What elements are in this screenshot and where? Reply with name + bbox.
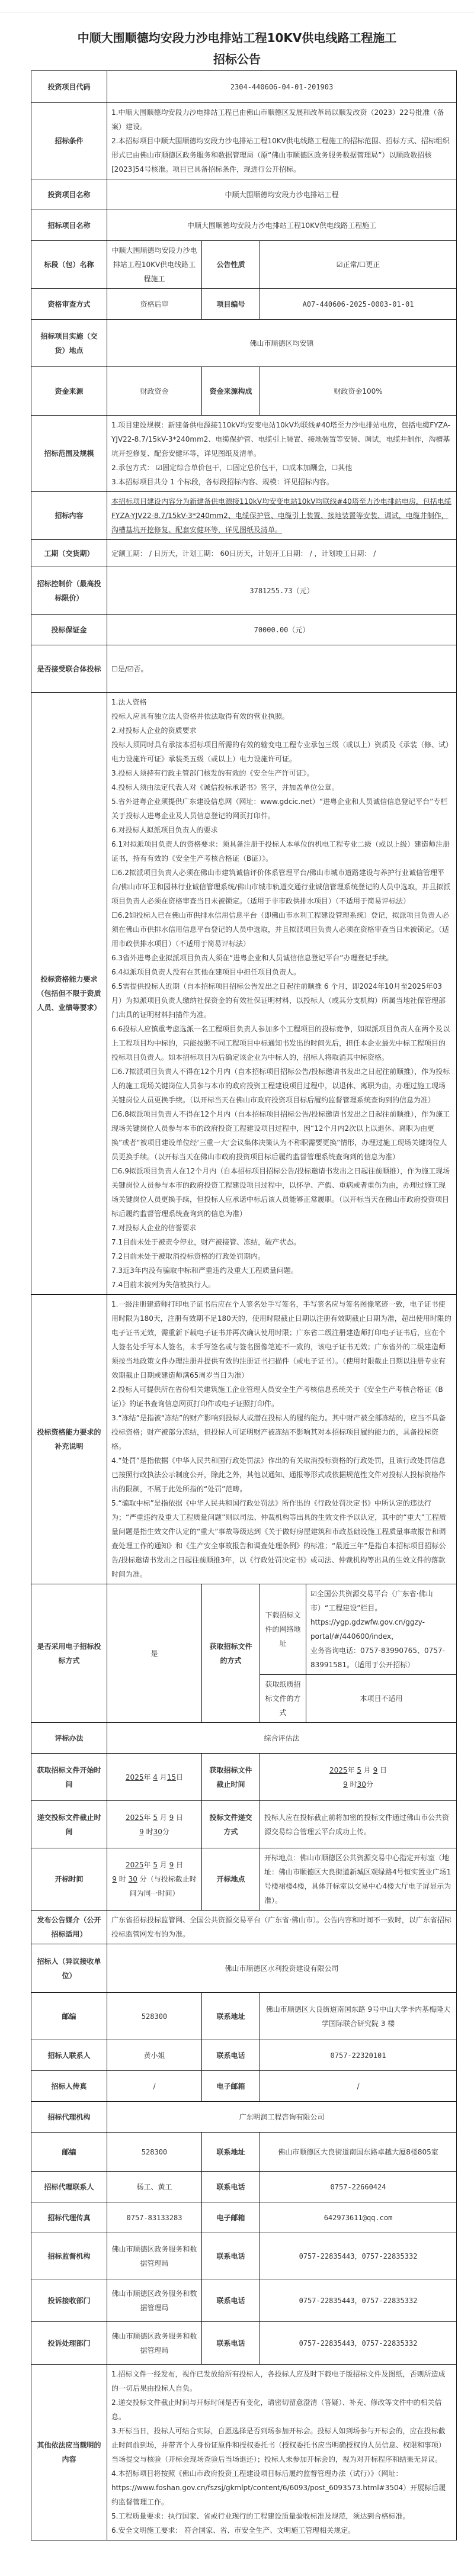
qual-item: 3.投标人须持有行政主管部门核发的有效的《安全生产许可证》。	[111, 766, 452, 780]
row-agency: 招标代理机构 广东明润工程咨询有限公司	[31, 2102, 457, 2133]
value-project-number: A07-440606-2025-0003-01-01	[260, 289, 457, 320]
row-deposit: 投标保证金 70000.00（元）	[31, 615, 457, 645]
qual-item: 1.法人资格	[111, 695, 452, 709]
value-funding: 财政资金	[107, 367, 202, 416]
value-tenderer: 佛山市顺德区水利投资建设有限公司	[107, 1944, 457, 1993]
notice-title: 中顺大围顺德均安段力沙电排站工程10KV供电线路工程施工	[0, 30, 474, 46]
value-download: ☑全国公共资源交易平台（广东省·佛山市）“工程建设”栏目。 https://yg…	[306, 1584, 457, 1675]
row-tenderer-fax: 招标人传真 / 电子邮箱 /	[31, 2071, 457, 2102]
supp-item: 2.投标人可提供所在省份相关建筑施工企业管理人员安全生产考核信息系统关于《安全生…	[111, 1382, 452, 1411]
value-invest-name: 中顺大围顺德均安段力沙电排站工程	[107, 179, 457, 210]
label-location: 招标项目实施（交货）地点	[31, 320, 107, 367]
value-opening-place: 开标地点：佛山市顺德区公共资源交易中心指定开标室（地址：佛山市顺德区大良街道新城…	[260, 1848, 457, 1911]
row-media: 发布公告媒介（公开招标适用） 广东省招标投标监管网、全国公共资源交易平台（广东省…	[31, 1911, 457, 1944]
label-complaint-proc: 投诉处理部门	[31, 2322, 107, 2365]
qual-item: 2.对投标人企业的资质要求	[111, 723, 452, 738]
value-agency-phone: 0757-22660424	[260, 2172, 457, 2202]
row-supervisor: 招标监督机构 佛山市顺德区政务服务和数据管理局 联系电话 0757-228354…	[31, 2233, 457, 2279]
label-other: 其他依法应当载明的内容	[31, 2365, 107, 2540]
value-agency: 广东明润工程咨询有限公司	[107, 2102, 457, 2133]
qual-item: 6.4拟派项目负责人没有在其他在建项目中担任项目负责人。	[111, 965, 452, 979]
row-electronic: 是否采用电子招标投标方式 是 获取招标文件的方式 下载招标文件的网络地址 ☑全国…	[31, 1584, 457, 1675]
value-paper: 本项目不适用	[306, 1675, 457, 1723]
row-review: 资格审查方式 资格后审 项目编号 A07-440606-2025-0003-01…	[31, 289, 457, 320]
row-complaint-recv: 投诉接收部门 佛山市顺德区政务服务和数据管理局 联系电话 0757-228354…	[31, 2279, 457, 2322]
row-project-code: 投资项目代码 2304-440606-04-01-201903	[31, 71, 457, 103]
download-url-link[interactable]: https://ygp.gdzwfw.gov.cn/ggzy-portal/#/…	[310, 1615, 452, 1644]
opening-month: 5	[153, 1861, 158, 1869]
label-review: 资格审查方式	[31, 289, 107, 320]
submit-year: 2025	[126, 1813, 144, 1822]
label-supplement: 投标资格能力要求的补充说明	[31, 1295, 107, 1584]
row-funding: 资金来源 财政资金 资金来源构成 财政资金100%	[31, 367, 457, 416]
scope-p2: 2.承包方式： ☑固定综合单价包干，☐固定总价包干，☐成本加酬金，☐其他	[111, 461, 452, 475]
value-tender-name: 中顺大围顺德均安段力沙电排站工程10KV供电线路工程施工	[107, 210, 457, 241]
value-submit: 2025年 5 月 9 日9 时30分	[107, 1801, 202, 1848]
download-platform: ☑全国公共资源交易平台（广东省·佛山市）“工程建设”栏目。	[310, 1587, 452, 1615]
qual-item: 7.1目前未处于被责令停业，财产被接管、冻结，破产状态。	[111, 1235, 452, 1249]
value-tenderer-post: 528300	[107, 1993, 202, 2040]
qual-item: 7.4目前未被列为失信被执行人。	[111, 1278, 452, 1292]
label-media: 发布公告媒介（公开招标适用）	[31, 1911, 107, 1944]
row-conditions: 招标条件 1.中顺大围顺德均安段力沙电排站工程已由佛山市顺德区发展和改革局以顺发…	[31, 103, 457, 179]
qual-item: 投标人须同时具有承接本招标项目所需的有效的输变电工程专业承包三级（或以上）资质及…	[111, 738, 452, 766]
label-agency: 招标代理机构	[31, 2102, 107, 2133]
opening-day: 9	[169, 1861, 174, 1869]
label-project-code: 投资项目代码	[31, 71, 107, 103]
value-supervisor-phone: 0757-22835443，0757-22835332	[260, 2233, 457, 2279]
label-tenderer: 招标人（异议接收单位）	[31, 1944, 107, 1993]
submit-min: 30	[153, 1828, 162, 1836]
opening-year: 2025	[126, 1861, 144, 1869]
value-complaint-proc-phone: 0757-22835443，0757-22835332	[260, 2322, 457, 2365]
value-review: 资格后审	[107, 289, 202, 320]
label-agency-post: 邮编	[31, 2133, 107, 2172]
value-submit-method: 投标人应在投标截止前将加密的投标文件通过佛山市公共资源交易综合管理云平台成功上传…	[260, 1801, 457, 1848]
row-tender-name: 招标项目名称 中顺大围顺德均安段力沙电排站工程10KV供电线路工程施工	[31, 210, 457, 241]
conditions-p2: 2.本招标项目中顺大围顺德均安段力沙电排站工程10KV供电线路工程施工的招标范围…	[111, 134, 452, 176]
value-tenderer-email: /	[260, 2071, 457, 2102]
label-conditions: 招标条件	[31, 103, 107, 179]
label-notice-type: 公告性质	[202, 241, 260, 289]
value-other: 1.招标文件一经发布，视作已发放给所有投标人，各投标人应及时下载电子版招标文件及…	[107, 2365, 457, 2540]
doc-end-min: 30	[357, 1780, 366, 1789]
supp-item: 3.“冻结”是指被“冻结”的财产影响到投标人或潜在投标人的履约能力。其中财产被全…	[111, 1411, 452, 1453]
value-tenderer-address: 佛山市顺德区大良街道南国东路 9号中山大学卡内基梅隆大学国际联合研究院 3 楼	[260, 1993, 457, 2040]
value-supervisor: 佛山市顺德区政务服务和数据管理局	[107, 2233, 202, 2279]
value-complaint-proc: 佛山市顺德区政务服务和数据管理局	[107, 2322, 202, 2365]
opening-note: （与投标截止时间为同一时间）	[129, 1875, 196, 1898]
label-electronic: 是否采用电子招标投标方式	[31, 1584, 107, 1723]
other-item: 1.招标文件一经发布，视作已发放给所有投标人，各投标人应及时下载电子版招标文件及…	[111, 2367, 452, 2395]
label-tender-name: 招标项目名称	[31, 210, 107, 241]
label-deposit: 投标保证金	[31, 615, 107, 645]
submit-day: 9	[169, 1813, 174, 1822]
label-tenderer-email: 电子邮箱	[202, 2071, 260, 2102]
row-eval: 评标办法 综合评估法	[31, 1723, 457, 1754]
qual-item: 6.3省外进粤企业拟派项目负责人须在“进粤企业和人员诚信信息登记平台”办理登记手…	[111, 951, 452, 965]
value-qualification: 1.法人资格 投标人应具有独立法人资格并依法取得有效的营业执照。 2.对投标人企…	[107, 693, 457, 1295]
opening-min: 30	[129, 1875, 137, 1883]
label-funding: 资金来源	[31, 367, 107, 416]
top-divider	[0, 12, 474, 12]
qual-item: ☐6.7拟派项目负责人不得在12个月内（自本招标项目招标公告/投标邀请书发出之日…	[111, 1065, 452, 1107]
label-consortium: 是否接受联合体投标	[31, 645, 107, 693]
value-consortium: ☐是/☑否。	[107, 645, 457, 693]
label-content: 招标内容	[31, 492, 107, 540]
row-section: 标段（包）名称 中顺大围顺德均安段力沙电排站工程10KV供电线路工程施工 公告性…	[31, 241, 457, 289]
notice-subtitle: 招标公告	[0, 52, 474, 67]
row-tenderer-post: 邮编 528300 联系地址 佛山市顺德区大良街道南国东路 9号中山大学卡内基梅…	[31, 1993, 457, 2040]
label-opening-place: 开标地点	[202, 1848, 260, 1911]
qual-item: 投标人应具有独立法人资格并依法取得有效的营业执照。	[111, 709, 452, 723]
label-period: 工期（交货期）	[31, 540, 107, 567]
label-section: 标段（包）名称	[31, 241, 107, 289]
label-invest-name: 投资项目名称	[31, 179, 107, 210]
label-project-number: 项目编号	[202, 289, 260, 320]
value-opening: 2025年 5 月 9 日9 时 30 分（与投标截止时间为同一时间）	[107, 1848, 202, 1911]
row-consortium: 是否接受联合体投标 ☐是/☑否。	[31, 645, 457, 693]
value-tenderer-contact: 黄小姐	[107, 2040, 202, 2071]
doc-start-month: 4	[153, 1773, 158, 1781]
conditions-p1: 1.中顺大围顺德均安段力沙电排站工程已由佛山市顺德区发展和改革局以顺发改资（20…	[111, 105, 452, 134]
value-tenderer-fax: /	[107, 2071, 202, 2102]
value-notice-type: ☑正常/☐更正	[260, 241, 457, 289]
other-item: 6.安全文明施工要求： 符合国家、省、市安全生产、文明施工管理相关规定。	[111, 2523, 452, 2538]
qual-item: 6.1对拟派项目负责人的资格要求：须具备注册于投标人本单位的机电工程专业二级（或…	[111, 837, 452, 866]
label-download-url: 下载招标文件的网络地址	[260, 1584, 306, 1675]
label-complaint-recv-phone: 联系电话	[202, 2279, 260, 2322]
row-other: 其他依法应当载明的内容 1.招标文件一经发布，视作已发放给所有投标人，各投标人应…	[31, 2365, 457, 2540]
value-agency-post: 528300	[107, 2133, 202, 2172]
doc-start-day: 15	[167, 1773, 176, 1781]
row-agency-post: 邮编 528300 联系地址 佛山市顺德区大良街道南国东路卓越大厦8楼805室	[31, 2133, 457, 2172]
row-agency-contact: 招标代理联系人 杨工、黄工 联系电话 0757-22660424	[31, 2172, 457, 2202]
value-location: 佛山市顺德区均安镇	[107, 320, 457, 367]
supp-item: 4.“处罚”是指依据《中华人民共和国行政处罚法》作出的有关取消投标资格的行政处罚…	[111, 1453, 452, 1496]
other-item: 2.递交投标文件截止时间与开标时间是否有变化，请密切留意澄清（答疑）、补充、修改…	[111, 2395, 452, 2424]
row-opening: 开标时间 2025年 5 月 9 日9 时 30 分（与投标截止时间为同一时间）…	[31, 1848, 457, 1911]
value-scope: 1.项目建设规模：新建备供电源接110kV均安变电站10kV均联线#40塔至力沙…	[107, 416, 457, 492]
row-supplement: 投标资格能力要求的补充说明 1.一级注册建造师打印电子证书后应在个人签名处手写签…	[31, 1295, 457, 1584]
qual-item: ☐6.2拟派项目负责人必须在佛山市建筑诚信评价体系管理平台/佛山市城市道路建设与…	[111, 866, 452, 908]
supp-item: 5.“骗取中标”是指依据《中华人民共和国行政处罚法》所作出的《行政处罚决定书》中…	[111, 1496, 452, 1581]
doc-end-year: 2025	[329, 1766, 348, 1774]
label-doc-end: 获取招标文件截止时间	[202, 1754, 260, 1801]
label-submit: 递交投标文件截止时间	[31, 1801, 107, 1848]
label-qualification: 投标资格能力要求（包括但不限于资质人员、业绩等要求）	[31, 693, 107, 1295]
qual-item: 7.对投标人企业的信誉要求	[111, 1221, 452, 1235]
qual-item: 7.3近3年内没有骗取中标和严重违约及重大工程质量问题。	[111, 1263, 452, 1278]
bottom-spacer	[0, 2540, 474, 2576]
label-eval: 评标办法	[31, 1723, 107, 1754]
label-agency-contact: 招标代理联系人	[31, 2172, 107, 2202]
row-location: 招标项目实施（交货）地点 佛山市顺德区均安镇	[31, 320, 457, 367]
submit-hour: 9	[139, 1828, 144, 1836]
value-agency-fax: 0757-83133283	[107, 2202, 202, 2233]
value-project-code: 2304-440606-04-01-201903	[107, 71, 457, 103]
doc-end-month: 5	[357, 1766, 361, 1774]
value-content: 本招标项目建设内容分为新建备供电源接110kV均安变电站10kV均联线#40塔至…	[107, 492, 457, 540]
row-submit: 递交投标文件截止时间 2025年 5 月 9 日9 时30分 投标文件递交方式 …	[31, 1801, 457, 1848]
value-conditions: 1.中顺大围顺德均安段力沙电排站工程已由佛山市顺德区发展和改革局以顺发改资（20…	[107, 103, 457, 179]
value-doc-end: 2025年 5 月 9 日9 时30分	[260, 1754, 457, 1801]
qual-item: ☐6.8拟派项目负责人不得在12个月内（自本招标项目招标公告/投标邀请书发出之日…	[111, 1107, 452, 1164]
value-supplement: 1.一级注册建造师打印电子证书后应在个人签名处手写签名，手写签名应与签名图像笔迹…	[107, 1295, 457, 1584]
label-doc-start: 获取招标文件开始时间	[31, 1754, 107, 1801]
doc-start-year: 2025	[126, 1773, 144, 1781]
row-invest-name: 投资项目名称 中顺大围顺德均安段力沙电排站工程	[31, 179, 457, 210]
label-agency-fax: 招标代理传真	[31, 2202, 107, 2233]
qual-item: 4.投标人须由法定代表人对《诚信投标承诺书》签字，并加盖单位公章。	[111, 780, 452, 795]
download-phone: 业务咨询电话：0757-83990765、0757-83991581。（适用于公…	[310, 1644, 452, 1672]
qual-item: 6.对投标人拟派项目负责人的要求	[111, 823, 452, 837]
label-supervisor: 招标监督机构	[31, 2233, 107, 2279]
label-tenderer-post: 邮编	[31, 1993, 107, 2040]
row-doc-time: 获取招标文件开始时间 2025年 4 月15日 获取招标文件截止时间 2025年…	[31, 1754, 457, 1801]
label-tenderer-phone: 联系电话	[202, 2040, 260, 2071]
label-agency-email: 电子邮箱	[202, 2202, 260, 2233]
scope-p1: 1.项目建设规模：新建备供电源接110kV均安变电站10kV均联线#40塔至力沙…	[111, 418, 452, 461]
qual-item: ☐6.2如投标人已在佛山市供排水信用信息平台（即佛山市水利工程建设管理系统）登记…	[111, 908, 452, 951]
label-supervisor-phone: 联系电话	[202, 2233, 260, 2279]
value-price: 3781255.73（元）	[107, 567, 457, 615]
value-eval: 综合评估法	[107, 1723, 457, 1754]
label-funding-structure: 资金来源构成	[202, 367, 260, 416]
other-item: 3.开标当日，投标人可结合实际，自愿选择是否到场参加开标会。投标人如到场参与开标…	[111, 2424, 452, 2466]
row-complaint-proc: 投诉处理部门 佛山市顺德区政务服务和数据管理局 联系电话 0757-228354…	[31, 2322, 457, 2365]
value-funding-structure: 财政资金100%	[260, 367, 457, 416]
qual-item: 5.省外进粤企业须提供广东建设信息网（网址：www.gdcic.net）“进粤企…	[111, 795, 452, 823]
value-complaint-recv-phone: 0757-22835443，0757-22835332	[260, 2279, 457, 2322]
row-scope: 招标范围及规模 1.项目建设规模：新建备供电源接110kV均安变电站10kV均联…	[31, 416, 457, 492]
label-tenderer-contact: 招标人联系人	[31, 2040, 107, 2071]
row-price: 招标控制价（最高投标限价） 3781255.73（元）	[31, 567, 457, 615]
value-period: 定额工期： / 日历天，计划工期： 60日历天，计划开工日期： / ，计划竣工日…	[107, 540, 457, 567]
doc-end-hour: 9	[343, 1780, 348, 1789]
other-item: 5.工程质量要求：执行国家、省或行业现行的工程建设质量验收标准及规范，须达到合格…	[111, 2509, 452, 2523]
other-item: 4.本招标项目将按照《佛山市政府投资工程建设项目标后履约监督管理办法（试行）》（…	[111, 2466, 452, 2509]
tender-notice-table: 投资项目代码 2304-440606-04-01-201903 招标条件 1.中…	[31, 70, 457, 2540]
label-complaint-recv: 投诉接收部门	[31, 2279, 107, 2322]
qual-item: ☐6.9拟派项目负责人在12个月内（自本招标项目招标公告/投标邀请书发出之日起往…	[111, 1164, 452, 1221]
submit-month: 5	[153, 1813, 158, 1822]
value-media: 广东省招标投标监管网、全国公共资源交易平台（广东省·佛山市）。公告内容和时间不一…	[107, 1911, 457, 1944]
label-paper: 获取纸质招标文件的方式	[260, 1675, 306, 1723]
label-submit-method: 投标文件递交方式	[202, 1801, 260, 1848]
value-agency-contact: 杨工、黄工	[107, 2172, 202, 2202]
qual-item: 7.2目前未处于被取消投标资格的行政处罚期内。	[111, 1249, 452, 1263]
value-electronic: 是	[107, 1584, 202, 1723]
value-doc-start: 2025年 4 月15日	[107, 1754, 202, 1801]
label-doc-method: 获取招标文件的方式	[202, 1584, 260, 1723]
row-tenderer: 招标人（异议接收单位） 佛山市顺德区水利投资建设有限公司	[31, 1944, 457, 1993]
label-price: 招标控制价（最高投标限价）	[31, 567, 107, 615]
row-tenderer-contact: 招标人联系人 黄小姐 联系电话 0757-22320101	[31, 2040, 457, 2071]
label-scope: 招标范围及规模	[31, 416, 107, 492]
row-qualification: 投标资格能力要求（包括但不限于资质人员、业绩等要求） 1.法人资格 投标人应具有…	[31, 693, 457, 1295]
label-agency-phone: 联系电话	[202, 2172, 260, 2202]
qual-item: 6.5需提供投标人近期（自本招标项目招标公告发出之日起往前顺推 6 个月，即20…	[111, 979, 452, 1022]
value-section: 中顺大围顺德均安段力沙电排站工程10KV供电线路工程施工	[107, 241, 202, 289]
scope-p3: 3.本招标项目共分 1 个标段，各标段招标内容、规模：详见招标内容。	[111, 475, 452, 489]
label-complaint-proc-phone: 联系电话	[202, 2322, 260, 2365]
label-tenderer-address: 联系地址	[202, 1993, 260, 2040]
row-period: 工期（交货期） 定额工期： / 日历天，计划工期： 60日历天，计划开工日期： …	[31, 540, 457, 567]
label-tenderer-fax: 招标人传真	[31, 2071, 107, 2102]
row-agency-fax: 招标代理传真 0757-83133283 电子邮箱 642973611@qq.c…	[31, 2202, 457, 2233]
opening-hour: 9	[112, 1875, 117, 1883]
supp-item: 1.一级注册建造师打印电子证书后应在个人签名处手写签名，手写签名应与签名图像笔迹…	[111, 1297, 452, 1382]
label-opening: 开标时间	[31, 1848, 107, 1911]
value-agency-address: 佛山市顺德区大良街道南国东路卓越大厦8楼805室	[260, 2133, 457, 2172]
qual-item: 6.6投标人应慎重考虑选派一名工程项目负责人参加多个工程项目的投标竞争，如拟派项…	[111, 1022, 452, 1065]
label-agency-address: 联系地址	[202, 2133, 260, 2172]
value-complaint-recv: 佛山市顺德区政务服务和数据管理局	[107, 2279, 202, 2322]
value-tenderer-phone: 0757-22320101	[260, 2040, 457, 2071]
row-content: 招标内容 本招标项目建设内容分为新建备供电源接110kV均安变电站10kV均联线…	[31, 492, 457, 540]
value-agency-email[interactable]: 642973611@qq.com	[260, 2202, 457, 2233]
value-deposit: 70000.00（元）	[107, 615, 457, 645]
doc-end-day: 9	[373, 1766, 378, 1774]
